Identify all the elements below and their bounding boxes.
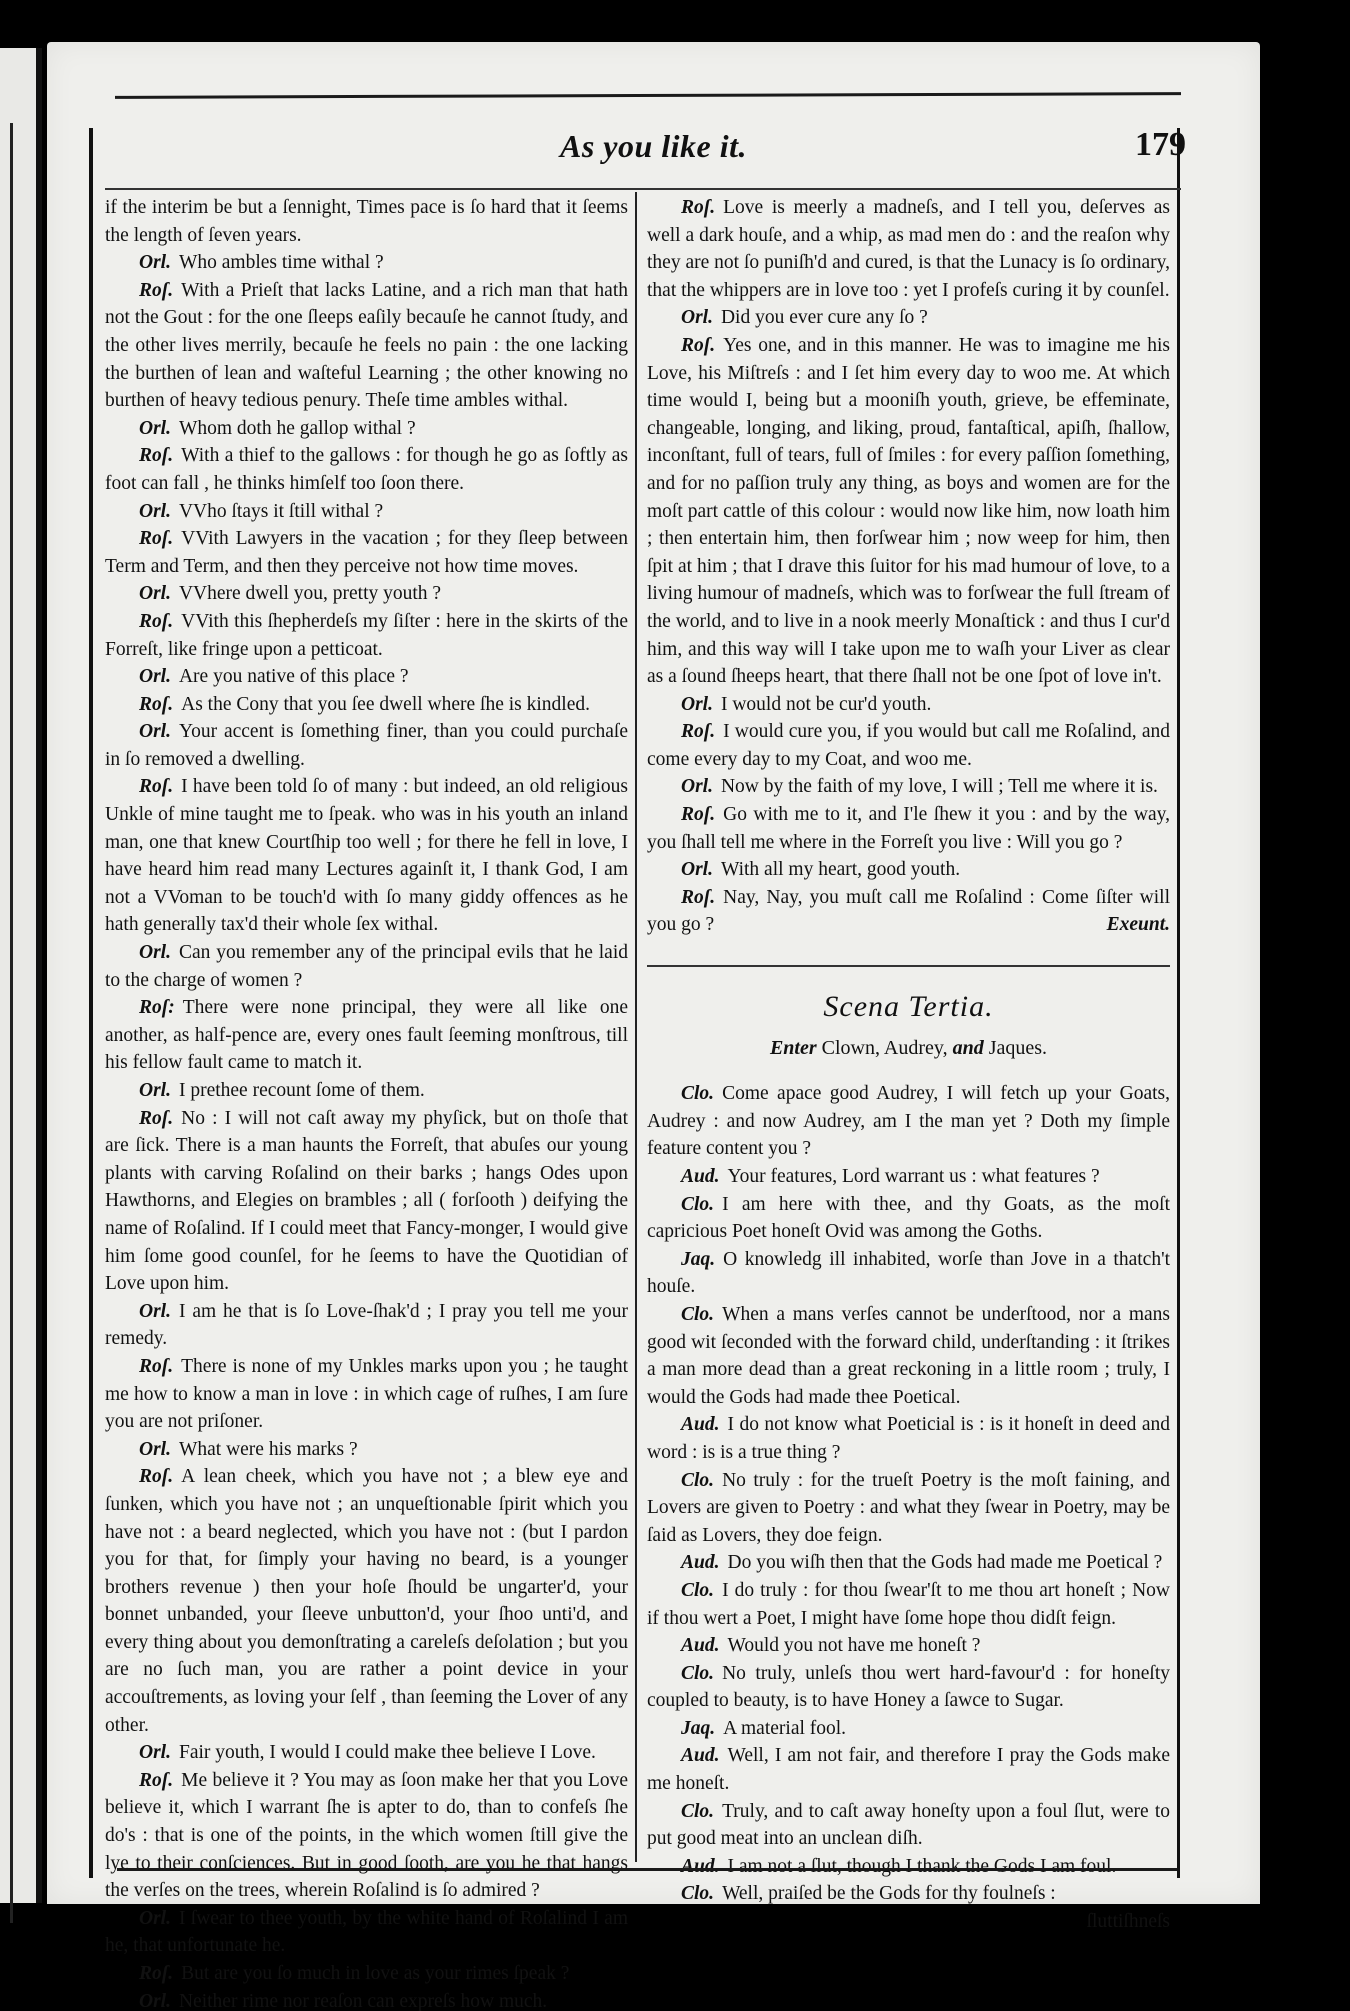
speaker-name: Roſ: — [105, 997, 175, 1018]
speech-text: No : I will not caſt away my phyſick, bu… — [105, 1108, 628, 1295]
speech: Aud.Would you not have me honeſt ? — [647, 1632, 1170, 1660]
speech: Jaq.A material fool. — [647, 1715, 1170, 1743]
previous-page-edge — [0, 48, 42, 1903]
speech-text: Are you native of this place ? — [179, 666, 409, 687]
speaker-name: Orl. — [105, 1080, 171, 1101]
speaker-name: Clo. — [647, 1663, 714, 1684]
speaker-name: Clo. — [647, 1801, 714, 1822]
speech-text: I would cure you, if you would but call … — [647, 721, 1170, 770]
speech: Roſ.Love is meerly a madneſs, and I tell… — [647, 194, 1170, 304]
speech: Roſ.There is none of my Unkles marks upo… — [105, 1353, 628, 1436]
speaker-name: Roſ. — [105, 528, 173, 549]
top-rule — [115, 92, 1181, 99]
speech: Aud.Well, I am not fair, and therefore I… — [647, 1742, 1170, 1797]
speech-text: No truly, unleſs thou wert hard-favour'd… — [647, 1663, 1170, 1712]
speaker-name: Orl. — [105, 418, 171, 439]
speech: Clo.I am here with thee, and thy Goats, … — [647, 1191, 1170, 1246]
speech: Clo.I do truly : for thou ſwear'ſt to me… — [647, 1577, 1170, 1632]
speech: Orl.With all my heart, good youth. — [647, 856, 1170, 884]
speech: Jaq.O knowledg ill inhabited, worſe than… — [647, 1246, 1170, 1301]
column-divider — [635, 192, 637, 1862]
speaker-name: Roſ. — [647, 721, 715, 742]
entering-characters: Clown, Audrey, — [822, 1037, 948, 1059]
speech-text: I do not know what Poeticial is : is it … — [647, 1414, 1170, 1463]
right-column: Roſ.Love is meerly a madneſs, and I tell… — [647, 194, 1170, 1936]
speech-text: Truly, and to caſt away honeſty upon a f… — [647, 1801, 1170, 1850]
speaker-name: Clo. — [647, 1883, 714, 1904]
enter-word: Enter — [770, 1037, 817, 1059]
speaker-name: Orl. — [105, 1301, 171, 1322]
speech: Aud.Your features, Lord warrant us : wha… — [647, 1163, 1170, 1191]
speaker-name: Orl. — [105, 252, 171, 273]
speech: Roſ.Go with me to it, and I'le ſhew it y… — [647, 801, 1170, 856]
speech-text: VVith this ſhepherdeſs my ſiſter : here … — [105, 611, 628, 660]
speech-text: With a Prieſt that lacks Latine, and a r… — [105, 280, 628, 411]
frame-right-rule — [1177, 128, 1180, 1878]
speaker-name: Orl. — [105, 501, 171, 522]
speech-text: No truly : for the trueſt Poetry is the … — [647, 1470, 1170, 1546]
speaker-name: Roſ. — [105, 776, 173, 797]
speech-text: VVho ſtays it ſtill withal ? — [179, 501, 383, 522]
speaker-name: Clo. — [647, 1470, 714, 1491]
speech-text: Who ambles time withal ? — [179, 252, 384, 273]
speech: Orl.VVhere dwell you, pretty youth ? — [105, 580, 628, 608]
speech: Roſ.But are you ſo much in love as your … — [105, 1960, 628, 1988]
speaker-name: Aud. — [647, 1856, 719, 1877]
speaker-name: Aud. — [647, 1166, 719, 1187]
speaker-name: Clo. — [647, 1304, 714, 1325]
speech: Aud.I am not a ſlut, though I thank the … — [647, 1853, 1170, 1881]
speaker-name: Clo. — [647, 1580, 714, 1601]
speech-text: When a mans verſes cannot be underſtood,… — [647, 1304, 1170, 1408]
speech-text: Did you ever cure any ſo ? — [721, 307, 928, 328]
speaker-name: Orl. — [105, 1991, 171, 2011]
running-title: As you like it. — [47, 128, 1260, 165]
speech: Orl.Did you ever cure any ſo ? — [647, 304, 1170, 332]
speech: Roſ.I have been told ſo of many : but in… — [105, 773, 628, 939]
speaker-name: Orl. — [105, 1742, 171, 1763]
speech: Roſ.No : I will not caſt away my phyſick… — [105, 1105, 628, 1298]
speech-text: Now by the faith of my love, I will ; Te… — [721, 776, 1158, 797]
frame-left-rule — [89, 128, 93, 1878]
speech: Orl.Whom doth he gallop withal ? — [105, 415, 628, 443]
speech-text: Come apace good Audrey, I will fetch up … — [647, 1083, 1170, 1159]
book-page: As you like it. 179 if the interim be bu… — [47, 42, 1260, 1904]
speech: Orl.I would not be cur'd youth. — [647, 691, 1170, 719]
left-column: if the interim be but a ſennight, Times … — [105, 194, 628, 2011]
speech-text: Me believe it ? You may as ſoon make her… — [105, 1770, 628, 1901]
speech-text: I have been told ſo of many : but indeed… — [105, 776, 628, 935]
speech-text: I prethee recount ſome of them. — [179, 1080, 425, 1101]
speech-text: I am here with thee, and thy Goats, as t… — [647, 1194, 1170, 1243]
entrance-stage-direction: Enter Clown, Audrey, and Jaques. — [647, 1035, 1170, 1063]
speaker-name: Jaq. — [647, 1249, 715, 1270]
speech-text: if the interim be but a ſennight, Times … — [105, 197, 628, 246]
speaker-name: Roſ. — [647, 335, 715, 356]
speaker-name: Roſ. — [105, 694, 173, 715]
speaker-name: Orl. — [647, 694, 713, 715]
speech: Orl.I ſwear to thee youth, by the white … — [105, 1905, 628, 1960]
speaker-name: Roſ. — [647, 887, 715, 908]
speech-text: I do truly : for thou ſwear'ſt to me tho… — [647, 1580, 1170, 1629]
speaker-name: Aud. — [647, 1635, 719, 1656]
speech-text: A material fool. — [723, 1718, 846, 1739]
speech: Roſ.VVith Lawyers in the vacation ; for … — [105, 525, 628, 580]
and-word: and — [953, 1037, 984, 1059]
speech-text: Do you wiſh then that the Gods had made … — [727, 1552, 1162, 1573]
speech-text: Go with me to it, and I'le ſhew it you :… — [647, 804, 1170, 853]
speaker-name: Clo. — [647, 1194, 714, 1215]
speaker-name: Roſ. — [647, 804, 715, 825]
speech-text: Neither rime nor reaſon can expreſs how … — [179, 1991, 547, 2011]
speaker-name: Orl. — [647, 859, 713, 880]
speech: Orl.Are you native of this place ? — [105, 663, 628, 691]
speaker-name: Jaq. — [647, 1718, 715, 1739]
speech-text: With all my heart, good youth. — [721, 859, 960, 880]
page-number: 179 — [1135, 126, 1186, 164]
speech-text: There were none principal, they were all… — [105, 997, 628, 1073]
speaker-name: Orl. — [105, 942, 171, 963]
speech-text: VVith Lawyers in the vacation ; for they… — [105, 528, 628, 577]
speech-text: I would not be cur'd youth. — [721, 694, 931, 715]
speaker-name: Orl. — [105, 1908, 171, 1929]
speech: Roſ:There were none principal, they were… — [105, 994, 628, 1077]
speaker-name: Orl. — [647, 307, 713, 328]
stage-direction-exeunt: Exeunt. — [647, 911, 1170, 939]
previous-page-rule — [10, 123, 13, 1923]
speech-text: Well, I am not fair, and therefore I pra… — [647, 1745, 1170, 1794]
speech: Clo.No truly, unleſs thou wert hard-favo… — [647, 1660, 1170, 1715]
speech-text: Well, praiſed be the Gods for thy foulne… — [722, 1883, 1056, 1904]
speech: Roſ.With a thief to the gallows : for th… — [105, 442, 628, 497]
scene-title: Scena Tertia. — [647, 993, 1170, 1021]
speaker-name: Orl. — [647, 776, 713, 797]
speech-text: O knowledg ill inhabited, worſe than Jov… — [647, 1249, 1170, 1298]
speech-text: But are you ſo much in love as your rime… — [181, 1963, 569, 1984]
speech: Orl.Can you remember any of the principa… — [105, 939, 628, 994]
speech: Roſ.A lean cheek, which you have not ; a… — [105, 1463, 628, 1739]
speech-text: Your features, Lord warrant us : what fe… — [727, 1166, 1099, 1187]
speech: Clo.No truly : for the trueſt Poetry is … — [647, 1467, 1170, 1550]
speech: Clo.Truly, and to caſt away honeſty upon… — [647, 1798, 1170, 1853]
speech: Orl.Who ambles time withal ? — [105, 249, 628, 277]
speech-text: A lean cheek, which you have not ; a ble… — [105, 1466, 628, 1735]
speech-text: I ſwear to thee youth, by the white hand… — [105, 1908, 628, 1957]
speech-text: Your accent is ſomething finer, than you… — [105, 721, 628, 770]
speech: Orl.Neither rime nor reaſon can expreſs … — [105, 1988, 628, 2011]
speaker-name: Roſ. — [105, 1770, 173, 1791]
speech-text: Fair youth, I would I could make thee be… — [179, 1742, 596, 1763]
speaker-name: Roſ. — [647, 197, 715, 218]
speech-text: I am he that is ſo Love-ſhak'd ; I pray … — [105, 1301, 628, 1350]
speech: Orl.Fair youth, I would I could make the… — [105, 1739, 628, 1767]
speech: Clo.Come apace good Audrey, I will fetch… — [647, 1080, 1170, 1163]
speaker-name: Aud. — [647, 1414, 719, 1435]
speech-text: I am not a ſlut, though I thank the Gods… — [727, 1856, 1116, 1877]
speech: Roſ.With a Prieſt that lacks Latine, and… — [105, 277, 628, 415]
speech: Aud.Do you wiſh then that the Gods had m… — [647, 1549, 1170, 1577]
speech-text: As the Cony that you ſee dwell where ſhe… — [181, 694, 590, 715]
speech-text: Whom doth he gallop withal ? — [179, 418, 416, 439]
speech-text: There is none of my Unkles marks upon yo… — [105, 1356, 628, 1432]
speaker-name: Orl. — [105, 583, 171, 604]
speech: Roſ.I would cure you, if you would but c… — [647, 718, 1170, 773]
speech-text: Can you remember any of the principal ev… — [105, 942, 628, 991]
speech-text: What were his marks ? — [179, 1439, 358, 1460]
speaker-name: Orl. — [105, 666, 171, 687]
speech: Orl.VVho ſtays it ſtill withal ? — [105, 498, 628, 526]
speech: if the interim be but a ſennight, Times … — [105, 194, 628, 249]
speaker-name: Aud. — [647, 1745, 719, 1766]
speaker-name: Aud. — [647, 1552, 719, 1573]
speech: Orl.Now by the faith of my love, I will … — [647, 773, 1170, 801]
last-entering-character: Jaques. — [989, 1037, 1047, 1059]
speech: Clo.When a mans verſes cannot be underſt… — [647, 1301, 1170, 1411]
speaker-name: Roſ. — [105, 1356, 173, 1377]
speech: Aud.I do not know what Poeticial is : is… — [647, 1411, 1170, 1466]
speech-text: Would you not have me honeſt ? — [727, 1635, 980, 1656]
speech-text: VVhere dwell you, pretty youth ? — [179, 583, 441, 604]
speech: Orl.I prethee recount ſome of them. — [105, 1077, 628, 1105]
speech: Roſ.As the Cony that you ſee dwell where… — [105, 691, 628, 719]
speech: Orl.What were his marks ? — [105, 1436, 628, 1464]
speech: Roſ.Yes one, and in this manner. He was … — [647, 332, 1170, 691]
speech: Orl.I am he that is ſo Love-ſhak'd ; I p… — [105, 1298, 628, 1353]
speech: Orl.Your accent is ſomething finer, than… — [105, 718, 628, 773]
speech-text: Yes one, and in this manner. He was to i… — [647, 335, 1170, 687]
speaker-name: Orl. — [105, 1439, 171, 1460]
speaker-name: Roſ. — [105, 611, 173, 632]
speech: Roſ.Me believe it ? You may as ſoon make… — [105, 1767, 628, 1905]
bottom-rule — [117, 1868, 1177, 1871]
speaker-name: Roſ. — [105, 280, 173, 301]
header-rule — [105, 188, 1181, 190]
speaker-name: Roſ. — [105, 445, 173, 466]
speaker-name: Clo. — [647, 1083, 714, 1104]
speaker-name: Roſ. — [105, 1466, 173, 1487]
speech-text: Love is meerly a madneſs, and I tell you… — [647, 197, 1170, 301]
catchword: ſluttiſhneſs — [647, 1908, 1170, 1936]
scene-divider-rule — [647, 965, 1170, 967]
speaker-name: Roſ. — [105, 1108, 173, 1129]
speech: Clo.Well, praiſed be the Gods for thy fo… — [647, 1880, 1170, 1908]
speaker-name: Orl. — [105, 721, 171, 742]
speaker-name: Roſ. — [105, 1963, 173, 1984]
speech-text: With a thief to the gallows : for though… — [105, 445, 628, 494]
speech: Roſ.VVith this ſhepherdeſs my ſiſter : h… — [105, 608, 628, 663]
